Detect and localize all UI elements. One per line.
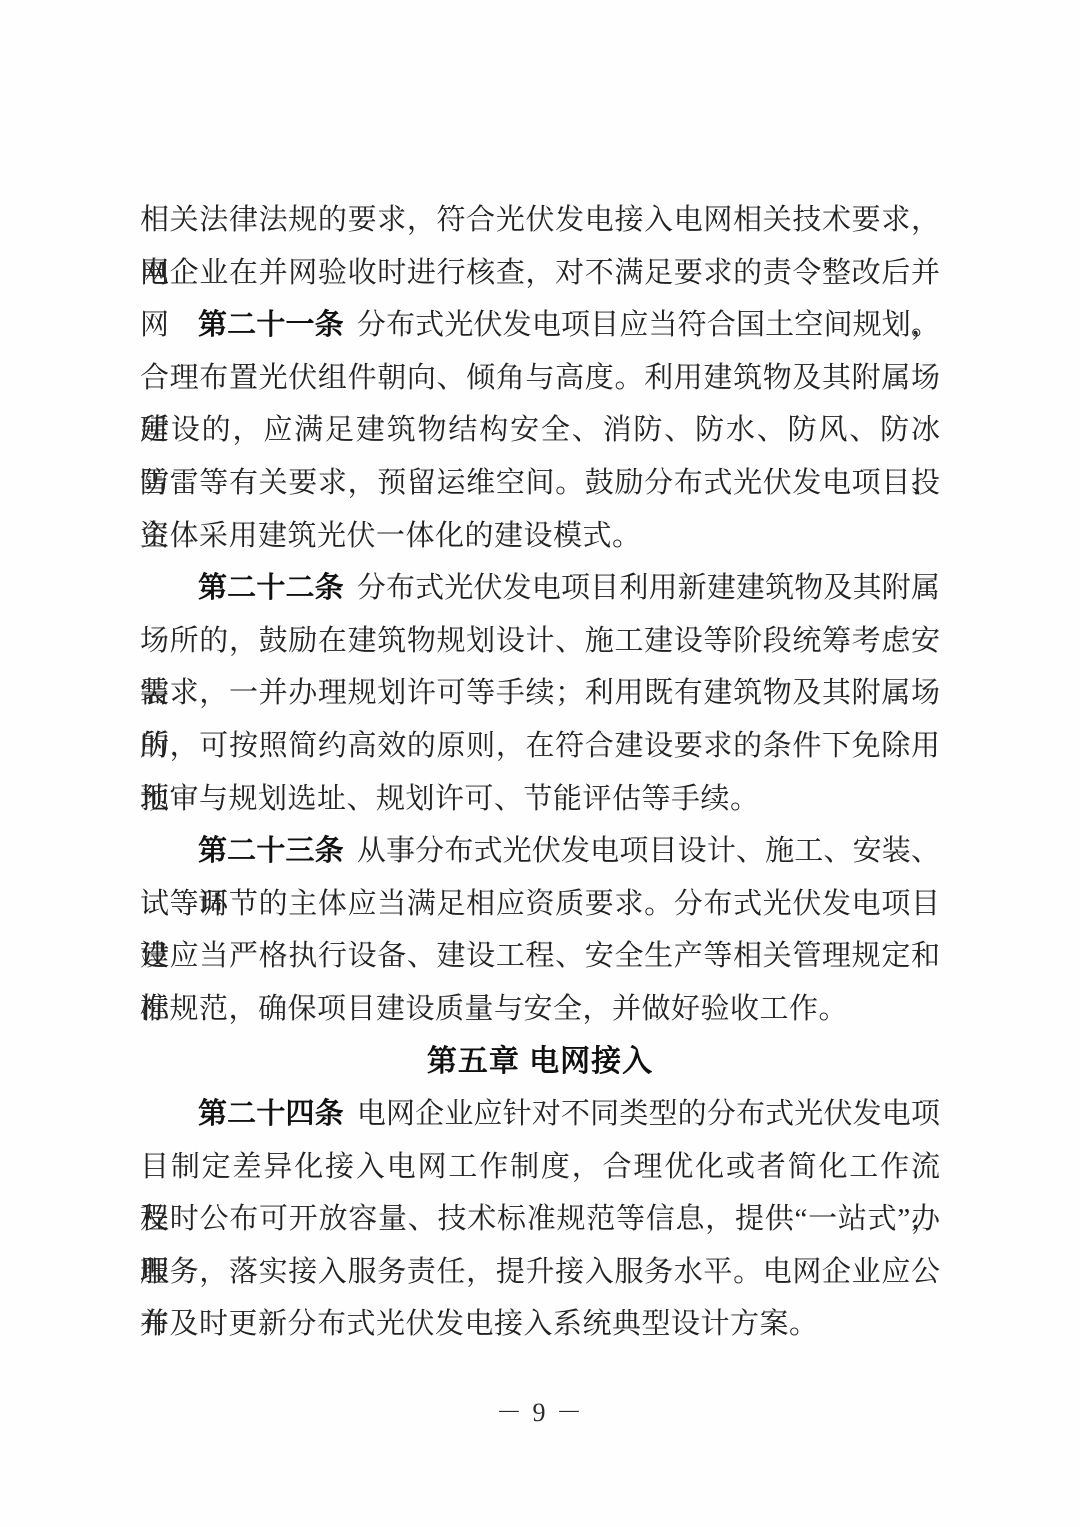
text-line: 第二十二条分布式光伏发电项目利用新建建筑物及其附属	[140, 562, 940, 615]
text-line: 场所的，鼓励在建筑物规划设计、施工建设等阶段统筹考虑安装	[140, 615, 940, 668]
article-number: 第二十二条	[198, 572, 344, 604]
text-line: 及时公布可开放容量、技术标准规范等信息，提供“一站式”办理	[140, 1193, 940, 1246]
text-line: 预审与规划选址、规划许可、节能评估等手续。	[140, 773, 940, 826]
text-line: 需求，一并办理规划许可等手续；利用既有建筑物及其附属场所	[140, 667, 940, 720]
text-line: 建设的，应满足建筑物结构安全、消防、防水、防风、防冰雪、	[140, 404, 940, 457]
text-line: 并及时更新分布式光伏发电接入系统典型设计方案。	[140, 1298, 940, 1351]
text-line: 服务，落实接入服务责任，提升接入服务水平。电网企业应公布	[140, 1246, 940, 1299]
text-line: 主体采用建筑光伏一体化的建设模式。	[140, 510, 940, 563]
text-line: 准规范，确保项目建设质量与安全，并做好验收工作。	[140, 983, 940, 1036]
document-body: 相关法律法规的要求，符合光伏发电接入电网相关技术要求，电 网企业在并网验收时进行…	[0, 0, 1080, 1429]
text-line: 第二十三条从事分布式光伏发电项目设计、施工、安装、调	[140, 825, 940, 878]
text-line: 目制定差异化接入电网工作制度，合理优化或者简化工作流程，	[140, 1141, 940, 1194]
line-text: 分布式光伏发电项目利用新建建筑物及其附属	[357, 572, 940, 604]
chapter-heading: 第五章 电网接入	[140, 1036, 940, 1089]
article-number: 第二十三条	[198, 835, 344, 867]
article-number: 第二十四条	[198, 1098, 344, 1130]
text-line: 试等环节的主体应当满足相应资质要求。分布式光伏发电项目建	[140, 878, 940, 931]
text-line: 网企业在并网验收时进行核查，对不满足要求的责令整改后并网。	[140, 247, 940, 300]
text-line: 防雷等有关要求，预留运维空间。鼓励分布式光伏发电项目投资	[140, 457, 940, 510]
document-page: 相关法律法规的要求，符合光伏发电接入电网相关技术要求，电 网企业在并网验收时进行…	[0, 0, 1080, 1527]
text-line: 的，可按照简约高效的原则，在符合建设要求的条件下免除用地	[140, 720, 940, 773]
article-number: 第二十一条	[198, 309, 344, 341]
line-text: 分布式光伏发电项目应当符合国土空间规划，	[357, 309, 940, 341]
text-line: 设应当严格执行设备、建设工程、安全生产等相关管理规定和标	[140, 930, 940, 983]
text-line: 合理布置光伏组件朝向、倾角与高度。利用建筑物及其附属场所	[140, 352, 940, 405]
text-line: 第二十一条分布式光伏发电项目应当符合国土空间规划，	[140, 299, 940, 352]
line-text: 电网企业应针对不同类型的分布式光伏发电项	[357, 1098, 940, 1130]
text-line: 相关法律法规的要求，符合光伏发电接入电网相关技术要求，电	[140, 194, 940, 247]
text-line: 第二十四条电网企业应针对不同类型的分布式光伏发电项	[140, 1088, 940, 1141]
page-number: － 9 －	[140, 1397, 940, 1429]
